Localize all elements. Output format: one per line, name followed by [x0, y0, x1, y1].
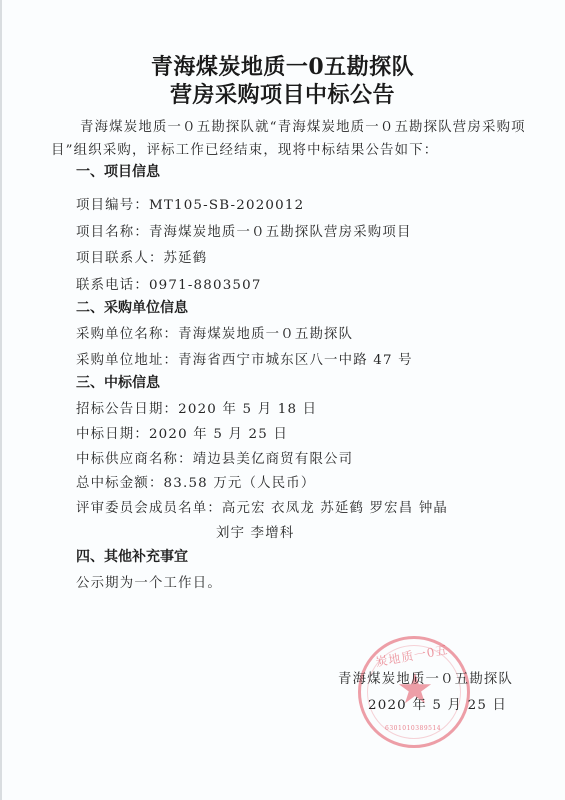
- award-date: 中标日期：2020 年 5 月 25 日: [76, 423, 288, 442]
- signature-organization: 青海煤炭地质一０五勘探队: [338, 668, 513, 687]
- intro-paragraph-line2: 目”组织采购，评标工作已经结束，现将中标结果公告如下：: [51, 139, 438, 158]
- document-page: 青海煤炭地质一0五勘探队 营房采购项目中标公告 青海煤炭地质一０五勘探队就“青海…: [0, 0, 565, 800]
- intro-paragraph-line1: 青海煤炭地质一０五勘探队就“青海煤炭地质一０五勘探队营房采购项: [80, 116, 526, 135]
- section-heading-project-info: 一、项目信息: [76, 161, 160, 181]
- project-name: 项目名称：青海煤炭地质一０五勘探队营房采购项目: [76, 221, 412, 240]
- official-seal: 炭地质一0五 ★ 6301010389514: [358, 636, 470, 748]
- review-committee-members: 评审委员会成员名单：高元宏 衣凤龙 苏延鹤 罗宏昌 钟晶: [76, 497, 448, 516]
- section-heading-other-matters: 四、其他补充事宜: [76, 546, 188, 566]
- document-title-line2: 营房采购项目中标公告: [0, 78, 565, 109]
- section-heading-purchaser-info: 二、采购单位信息: [76, 297, 188, 317]
- signature-date: 2020 年 5 月 25 日: [368, 694, 507, 713]
- publicity-period: 公示期为一个工作日。: [76, 572, 222, 591]
- document-title-line1: 青海煤炭地质一0五勘探队: [0, 50, 565, 81]
- tender-notice-date: 招标公告日期：2020 年 5 月 18 日: [76, 398, 317, 417]
- contact-phone: 联系电话：0971-8803507: [76, 274, 262, 293]
- winning-supplier: 中标供应商名称：靖边县美亿商贸有限公司: [76, 448, 353, 467]
- purchaser-address: 采购单位地址：青海省西宁市城东区八一中路 47 号: [76, 349, 413, 368]
- total-award-amount: 总中标金额：83.58 万元（人民币）: [76, 472, 315, 491]
- review-committee-members-cont: 刘宇 李增科: [216, 522, 294, 541]
- page-edge: [0, 0, 2, 800]
- seal-code: 6301010389514: [385, 725, 441, 732]
- section-heading-award-info: 三、中标信息: [76, 372, 160, 392]
- purchaser-name: 采购单位名称：青海煤炭地质一０五勘探队: [76, 323, 353, 342]
- project-contact: 项目联系人：苏延鹤: [76, 247, 207, 266]
- project-number: 项目编号：MT105-SB-2020012: [76, 194, 304, 213]
